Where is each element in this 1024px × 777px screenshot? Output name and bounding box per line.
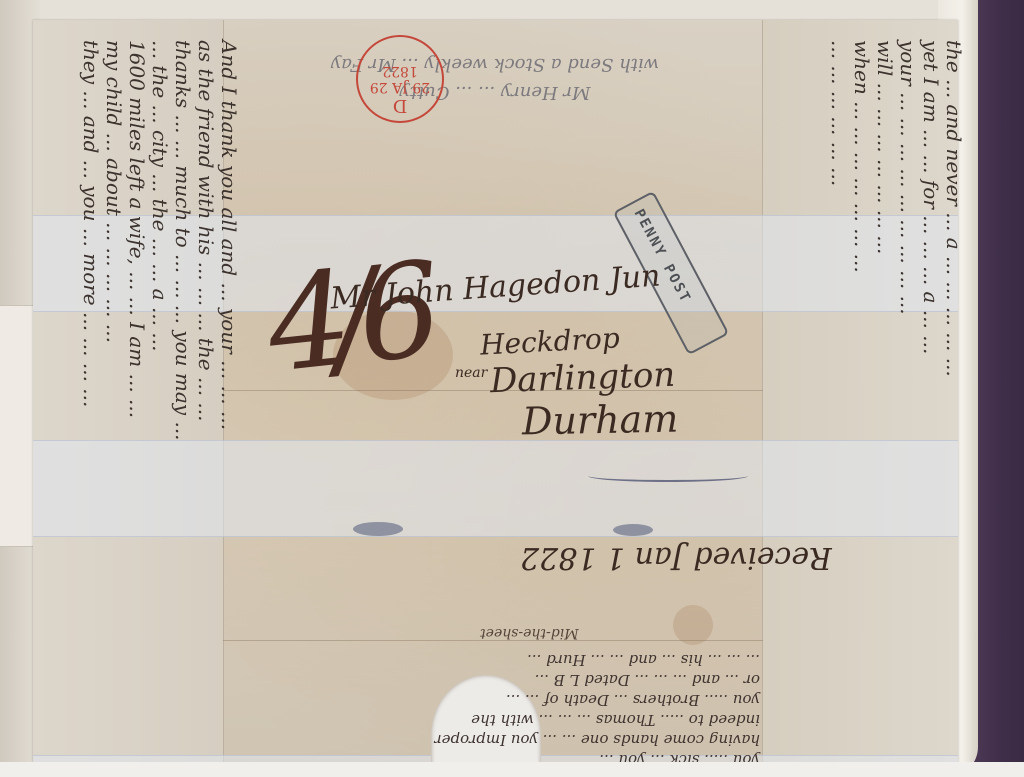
address-underline-flourish	[588, 470, 748, 482]
letter-line: ... ... ... ... ... ...	[827, 40, 850, 740]
letter-line: ... ... ... his ... and ... ... Hurd ...	[240, 650, 760, 670]
inverted-docket-text: Mr Henry ... ... Cutty with Send a Stock…	[260, 50, 730, 106]
letter-line: your ... ... ... ... ... ... ... ... ...	[896, 40, 919, 740]
docket-line: with Send a Stock weekly ... Mr Fay	[260, 50, 730, 78]
address-county: Durham	[522, 397, 679, 444]
letter-line: or ... and ... ... ... Dated L B ...	[240, 670, 760, 690]
ink-blot	[613, 524, 653, 536]
letter-line: as the friend with his ... ... ... the .…	[194, 40, 217, 740]
postmark-date: 29 JA 29	[358, 79, 442, 95]
letter-line: indeed to ..... Thomas ... ... ... with …	[240, 710, 760, 730]
address-town: Darlington	[489, 355, 676, 401]
letter-line: when ... ... ... ... ... ... ...	[850, 40, 873, 740]
postmark-year: 1822	[358, 63, 442, 79]
letter-line: ... the ... city ... the ... ... a ... .…	[148, 40, 171, 740]
postage-charge-mark: 4/6	[260, 234, 430, 401]
letter-line: yet I am ... ... for ... ... ... a ... .…	[919, 40, 942, 740]
postmark-letter: D	[358, 95, 442, 115]
ink-stain	[673, 605, 713, 645]
letter-line: you ..... Brothers ... Death of ... ...	[240, 690, 760, 710]
letter-line: having come hands one ... ... you Improp…	[240, 730, 760, 750]
inverted-letter-text: you ..... sick ... you ... having come h…	[240, 650, 760, 770]
letter-line: And I thank you all and ... your ... ...…	[217, 40, 240, 740]
docket-line: Mr Henry ... ... Cutty	[260, 78, 730, 106]
album-page-bottom	[0, 762, 1024, 777]
letter-line: the ... and never ... a ... ... ... ... …	[942, 40, 965, 740]
letter-line: will ... ... ... ... ... ... ...	[873, 40, 896, 740]
red-circular-postmark: D 29 JA 29 1822	[356, 35, 444, 123]
letter-line: my child ... about ... ... ... ... ...	[102, 40, 125, 740]
letter-line: 1600 miles left a wife, ... ... I am ...…	[125, 40, 148, 740]
letter-line: thanks ... ... much to ... ... ... you m…	[171, 40, 194, 740]
received-endorsement: Received Jan 1 1822	[520, 540, 832, 575]
right-panel-sideways-text: the ... and never ... a ... ... ... ... …	[805, 40, 965, 740]
left-panel-sideways-text: And I thank you all and ... your ... ...…	[60, 40, 240, 740]
ink-blot	[353, 522, 403, 536]
letter-line: they ... and ... you ... more ... ... ..…	[79, 40, 102, 740]
address-near: near	[455, 365, 487, 381]
endorsement-note: Mid-the-sheet	[480, 625, 579, 641]
